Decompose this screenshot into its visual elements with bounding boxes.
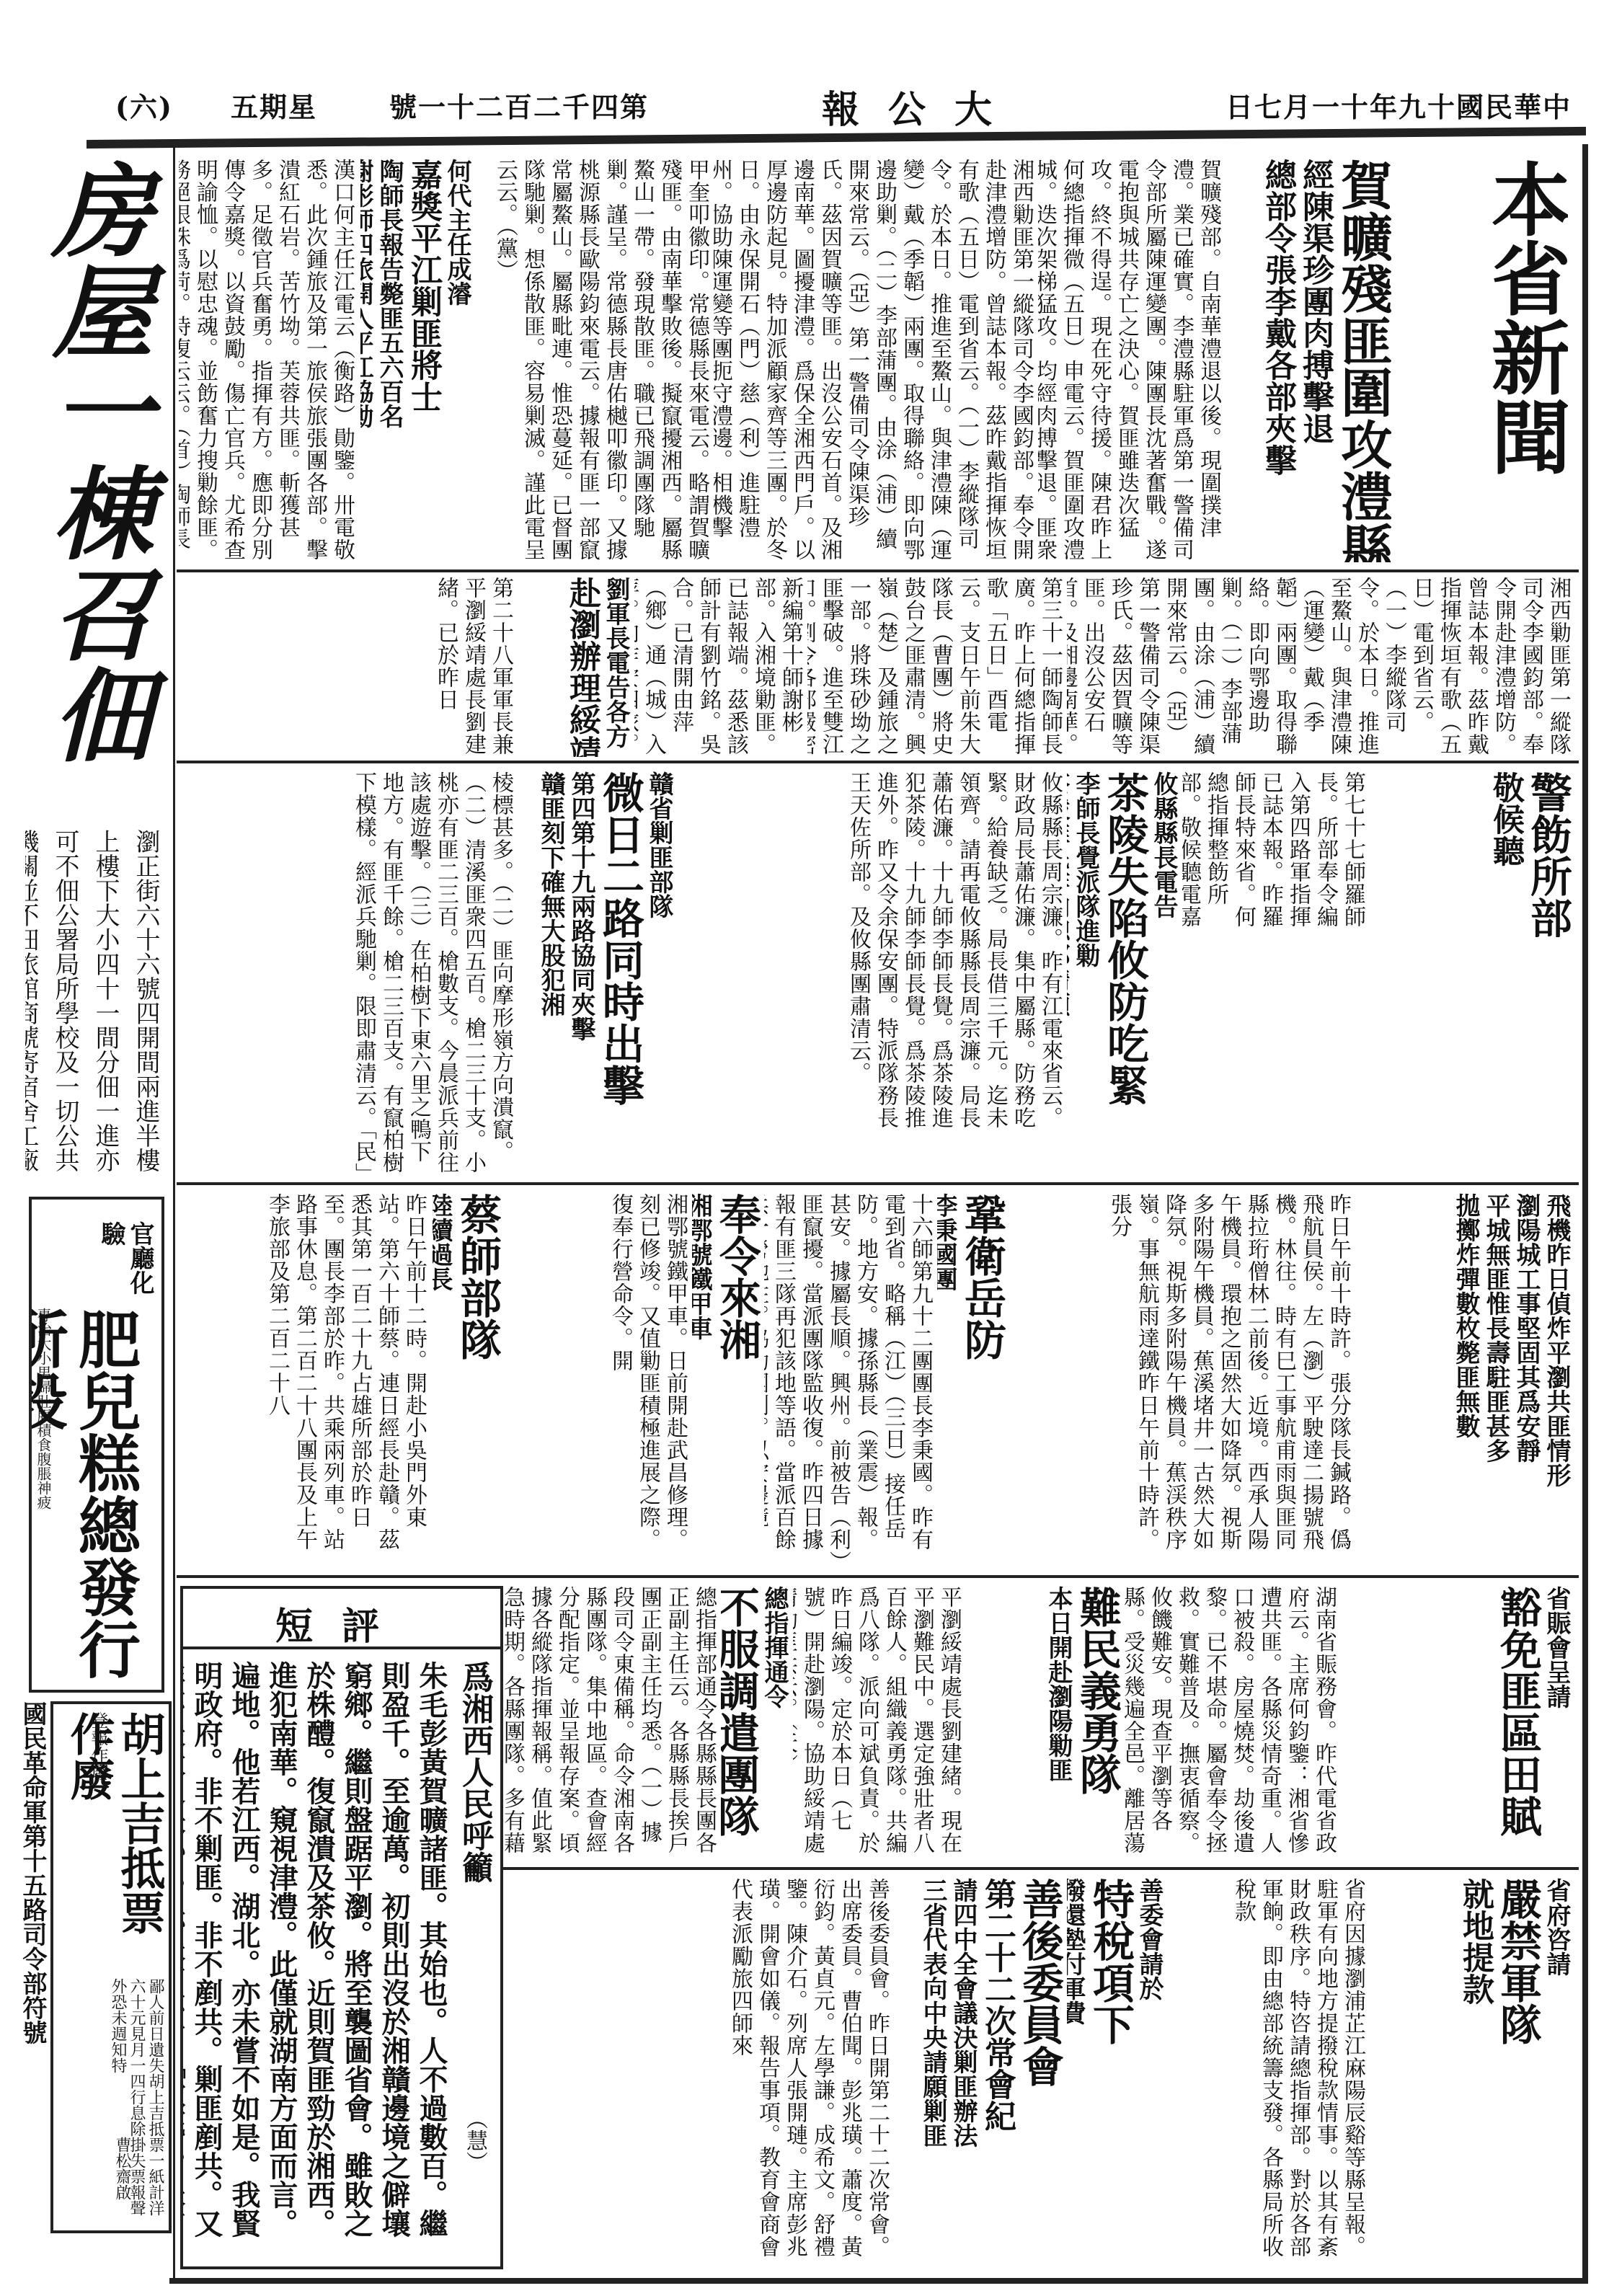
article-liu-junzhang-headline: 劉軍長電告各方 赴瀏辦理綏靖 bbox=[519, 577, 631, 757]
article-jinghui-headline: 警飭所部 敬候聽 bbox=[1370, 771, 1572, 937]
ad-fertilizer: 官廳化驗 肥兒糕總發行所設 專治大小男婦肚脹積食腹脹神疲 bbox=[29, 1197, 164, 1693]
headline: 蔡師部隊 bbox=[453, 1193, 501, 1568]
article-refugee-body: 平瀏綏靖處長劉建緒。現在平瀏難民中。選定強壯者八百餘人。組織義勇隊。共編爲八隊。… bbox=[793, 1586, 962, 1860]
subhead: 瀏陽城工事堅固其爲安靜 bbox=[1511, 1193, 1541, 1568]
paper-title: 大公報 bbox=[822, 79, 1021, 133]
subhead: 就地提款 bbox=[1456, 1878, 1494, 2267]
article-teshui-headline: 善委會請於 特稅項下 撥還墊付軍費 bbox=[1067, 1878, 1164, 2267]
issue-number: 第四千二百二十一號 bbox=[389, 85, 649, 125]
article-yanjin-headline: 省府咨請 嚴禁軍隊 就地提款 bbox=[1370, 1878, 1572, 2267]
article-feng-ling-body: 湘鄂號鐵甲車。日前開赴武昌修理。刻已修竣。又值勦匪積極進展之際。復奉行營命令。開 bbox=[505, 1193, 688, 1568]
headline: 鞏衛岳防 bbox=[958, 1193, 1006, 1568]
article-shanhou-body: 善後委員會。昨日開第二十二次常會。出席委員。曹伯聞。彭兆璜。蕭度。黃衍鈞。黃貞元… bbox=[505, 1878, 890, 2267]
ad-voucher-hu: 胡上吉抵票作廢 登報作廢 鄙人前日遺失胡上吉抵票一紙計洋六十元見月一四行息除掛失… bbox=[50, 1701, 172, 2233]
article-plane-headline: 飛機昨日偵炸平瀏共匪情形 瀏陽城工事堅固其爲安靜 平城無匪惟長壽駐匪甚多 拋擲炸… bbox=[1355, 1193, 1572, 1568]
subhead: 豁免匪區田賦 bbox=[1494, 1586, 1541, 1860]
subhead: 謝彬師四旅開入平江協勦 bbox=[360, 159, 374, 562]
article-tao-guang: 第三十一師陶師長廣。昨上何總指揮歌「五日」酉電云。支日午前朱大隊長（曹團）將史鼓… bbox=[807, 577, 1063, 757]
subhead: 不服調遣團隊 bbox=[721, 1586, 759, 1860]
editorial-section-title: 短評 bbox=[183, 1596, 500, 1650]
article-jiangxi-body: 棱標甚多。（二）匪向摩形嶺方向潰竄。（二）清溪匪衆四五百。槍二三十支。小桃亦有匪… bbox=[179, 771, 514, 1175]
article-bufu-body: 總指揮部通令各縣縣長團各正副主任云。各縣縣長挨戶團正副主任均悉。（一）據段司令東… bbox=[505, 1586, 717, 1860]
ad-fertilizer-label: 官廳化驗 bbox=[97, 1221, 154, 1308]
subhead: 經陳渠珍團肉搏擊退 bbox=[1296, 159, 1334, 562]
article-yanjin-body: 省府因據瀏浦芷江麻陽辰谿等縣呈報。駐軍有向地方提撥稅款情事。以其有紊財政秩序。特… bbox=[1168, 1878, 1366, 2267]
headline: 善後委員會 bbox=[1016, 1878, 1063, 2267]
headline: 何代主任成濬 bbox=[442, 159, 472, 562]
article-changde-body: 甲奎叩徽印。常德縣長來電云。略謂賀曠殘匪。由南華擊敗後。擬竄擾湘西。屬縣鰲山一帶… bbox=[476, 159, 710, 562]
subhead: 李師長覺派隊進勦 bbox=[1071, 771, 1101, 1132]
subhead: 拋擲炸彈數枚斃匪無數 bbox=[1450, 1193, 1481, 1568]
article-bufu-headline: 總指揮通令 不服調遣團隊 bbox=[721, 1586, 789, 1860]
article-you-county-headline: 攸縣縣長電告 茶陵失陷攸防吃緊 李師長覺派隊進勦 茶陵難民昨向總部請願 bbox=[1067, 771, 1179, 1132]
article-jinghui-body: 第七十七師羅師長。所部奉令編入第四路軍指揮已誌本報。昨羅師長特來省。何總指揮整飭… bbox=[1182, 771, 1366, 937]
article-zhang-headline: 鞏衛岳防 李秉國團 bbox=[937, 1193, 1006, 1568]
editorial-author: （慧） bbox=[458, 2108, 490, 2166]
headline: 劉軍長電告各方 bbox=[601, 577, 631, 757]
ad-house-body: 瀏正街六十六號四開間兩進半樓上樓下大小四十一間分佃一進亦可不佃公署局所學校及一切… bbox=[25, 829, 166, 1175]
ad-hu-signature: 曹松齋啟 bbox=[111, 2137, 133, 2223]
headline: 省賑會呈請 bbox=[1541, 1586, 1572, 1860]
subhead: 特稅項下 bbox=[1086, 1878, 1134, 2267]
ad-hu-headline: 胡上吉抵票作廢 bbox=[63, 1711, 164, 1971]
row-divider bbox=[177, 1575, 1579, 1578]
page-number: (六) bbox=[115, 85, 173, 125]
article-he-jiajiang-headline: 何代主任成濬 嘉獎平江剿匪將士 陶師長報告斃匪五六百名 謝彬師四旅開入平江協勦 bbox=[360, 159, 472, 562]
subhead: 撥還墊付軍費 bbox=[1067, 1878, 1086, 2267]
headline: 難民義勇隊 bbox=[1073, 1586, 1121, 1860]
subhead: 陶師長報告斃匪五六百名 bbox=[374, 159, 404, 562]
subhead: 第二十二次常會紀 bbox=[978, 1878, 1016, 2267]
section-label: 本省新聞 bbox=[1395, 159, 1568, 562]
article-plane-body: 昨日午前十時許。張分隊長鍼路。僞飛航員侯。左（瀏）平駛達二揚號飛機。林往。時有巳… bbox=[1009, 1193, 1352, 1568]
article-feng-ling-headline: 奉令來湘 湘鄂號鐵甲車 bbox=[692, 1193, 761, 1568]
subhead: 平城無匪惟長壽駐匪甚多 bbox=[1481, 1193, 1511, 1568]
subhead: 茶陵難民昨向總部請願 bbox=[1067, 771, 1071, 1132]
article-cai-body: 昨日午前十二時。開赴小吳門外東站。第六十師蔡。連日經長赴贛。茲悉其第一百二十九占… bbox=[179, 1193, 427, 1568]
subhead: 李秉國團 bbox=[937, 1193, 958, 1568]
article-he-kuang-body: 賀曠殘部。自南華澧退以後。現圍撲津澧。業已確實。李澧縣駐軍爲第一警備司令部所屬陳… bbox=[1038, 159, 1222, 562]
article-xie-bin: 新編第十師謝彬部。入湘境勦匪。已誌報端。茲悉該師計有劉竹銘。吳合。已清開由萍（鄉… bbox=[634, 577, 804, 757]
editorial-body: 朱毛彭黃賀曠諸匪。其始也。人不過數百。繼則盈千。至逾萬。初則出沒於湘贛邊境之僻壤… bbox=[190, 1661, 450, 2252]
subhead: 第四第十九兩路協同夾擊 bbox=[566, 771, 596, 1175]
row-divider bbox=[177, 569, 1579, 572]
article-jiangxi-continued: 湘西勦匪第一縱隊司令李國鈞部。奉令開赴津澧增防。曾誌本報。茲昨戴指揮恢垣有歌（五… bbox=[1067, 577, 1572, 757]
headline: 總指揮通令 bbox=[759, 1586, 789, 1860]
row-divider bbox=[177, 761, 1579, 763]
ad-hu-tag: 登報作廢 bbox=[86, 1711, 111, 1798]
article-xiangxi-body: 湘西勦匪第一縱隊司令李國鈞部。奉令開赴津澧增防。曾誌本報。茲昨戴指揮恢垣有歌（五… bbox=[714, 159, 1034, 562]
ad-vertical-strip: 國民革命軍第十五路司令部符號 bbox=[22, 1701, 50, 2228]
section-label-text: 本省新聞 bbox=[1479, 159, 1568, 476]
subhead: 本日開赴瀏陽勦匪 bbox=[1043, 1586, 1073, 1860]
headline: 警飭所部 bbox=[1524, 771, 1572, 937]
masthead: (六) 星期五 第四千二百二十一號 大公報 中華民國十九年十一月七日 bbox=[101, 79, 1564, 130]
subhead: 敬候聽 bbox=[1486, 771, 1524, 937]
headline: 賀曠殘匪圍攻澧縣 bbox=[1334, 159, 1391, 562]
article-zhang-body: 十六師第九十二團團長李秉國。昨有電到省。略稱（江）（三日）接任岳防。地方安。據孫… bbox=[764, 1193, 934, 1568]
headline: 奉令來湘 bbox=[713, 1193, 761, 1568]
subhead: 贛匪刻下確無大股犯湘 bbox=[536, 771, 566, 1175]
editorial-rule bbox=[183, 1646, 500, 1649]
article-cai-headline: 蔡師部隊 陸續過長 bbox=[433, 1193, 501, 1568]
ad-house-headline: 房屋一棟召佃 bbox=[36, 159, 151, 793]
subhead: 請四中全會議決剿匪辦法 bbox=[948, 1878, 978, 2267]
article-shanhou-headline: 善後委員會 第二十二次常會紀 請四中全會議決剿匪辦法 三省代表向中央請願剿匪 bbox=[894, 1878, 1063, 2267]
headline: 善委會請於 bbox=[1134, 1878, 1164, 2267]
article-you-county-body: 攸縣縣長周宗濂。昨有江電來省云。財政局長蕭佑濂。集中屬縣。防務吃緊。給養缺乏。局… bbox=[678, 771, 1063, 1132]
subhead: 微日二路同時出擊 bbox=[596, 771, 644, 1175]
subhead: 赴瀏辦理綏靖 bbox=[563, 577, 601, 757]
subhead: 嘉獎平江剿匪將士 bbox=[404, 159, 442, 562]
date: 中華民國十九年十一月七日 bbox=[1226, 85, 1572, 125]
headline: 飛機昨日偵炸平瀏共匪情形 bbox=[1541, 1193, 1572, 1568]
subhead: 總部令張李戴各部夾擊 bbox=[1259, 159, 1296, 562]
article-tianfu-headline: 省賑會呈請 豁免匪區田賦 bbox=[1341, 1586, 1572, 1860]
subhead: 嚴禁軍隊 bbox=[1494, 1878, 1541, 2267]
headline: 贛省剿匪部隊 bbox=[644, 771, 674, 1175]
article-he-kuang-headline: 賀曠殘匪圍攻澧縣 經陳渠珍團肉搏擊退 總部令張李戴各部夾擊 bbox=[1226, 159, 1391, 562]
editorial-title: 爲湘西人民呼籲 bbox=[456, 1661, 493, 2093]
subhead: 三省代表向中央請願剿匪 bbox=[918, 1878, 948, 2267]
row-divider bbox=[177, 1182, 1579, 1185]
headline: 攸縣縣長電告 bbox=[1148, 771, 1179, 1132]
subhead: 陸續過長 bbox=[433, 1193, 453, 1568]
subhead: 湘鄂號鐵甲車 bbox=[692, 1193, 713, 1568]
headline: 省府咨請 bbox=[1541, 1878, 1572, 2267]
article-liu-junzhang-body: 第二十八軍軍長兼平瀏綏靖處長劉建緒。已於昨日 bbox=[179, 577, 514, 757]
ad-fertilizer-note: 專治大小男婦肚脹積食腹脹神疲 bbox=[35, 1308, 52, 1683]
editorial-box: 短評 爲湘西人民呼籲 （慧） 朱毛彭黃賀曠諸匪。其始也。人不過數百。繼則盈千。至… bbox=[180, 1586, 503, 2269]
article-jiangxi-headline: 贛省剿匪部隊 微日二路同時出擊 第四第十九兩路協同夾擊 贛匪刻下確無大股犯湘 bbox=[519, 771, 674, 1175]
article-he-jiajiang-body: 漢口何主任江電云（衡路）勛鑒。卅電敬悉。此次鍾旅及第一旅侯旅張團各部。擊潰紅石岩… bbox=[179, 159, 355, 562]
weekday: 星期五 bbox=[231, 85, 317, 125]
row-divider bbox=[501, 1867, 1579, 1870]
subhead: 茶陵失陷攸防吃緊 bbox=[1101, 771, 1148, 1132]
article-tianfu-body: 湖南省賑務會。昨代電省政府云。主席何鈞鑒：湘省慘遭共匪。各縣災情奇重。人口被殺。… bbox=[1125, 1586, 1337, 1860]
article-refugee-headline: 難民義勇隊 本日開赴瀏陽勦匪 bbox=[966, 1586, 1121, 1860]
column-divider bbox=[173, 144, 175, 2278]
